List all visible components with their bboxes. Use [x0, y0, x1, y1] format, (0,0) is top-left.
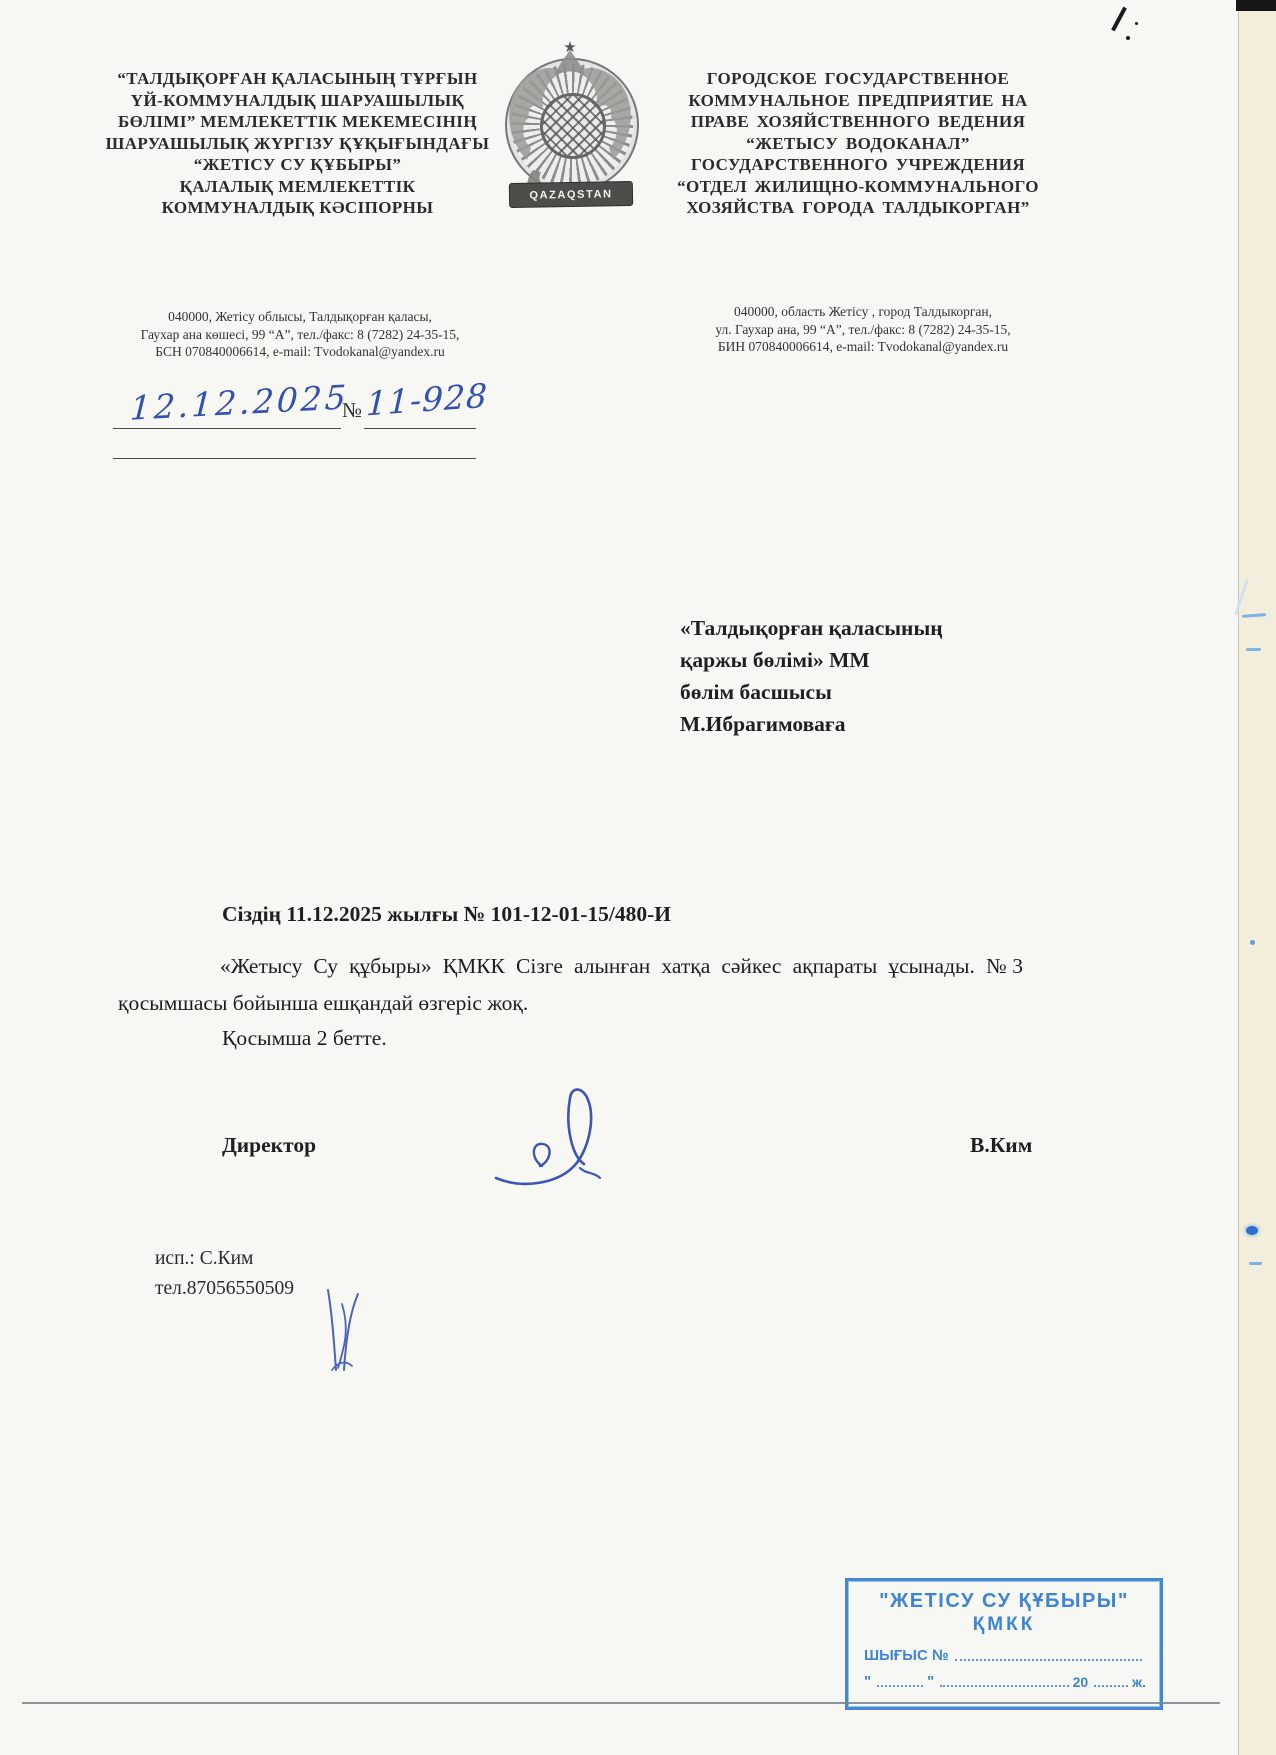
kazakhstan-coat-of-arms-icon: ★ QAZAQSTAN: [497, 42, 643, 234]
recipient-line: бөлім басшысы: [680, 676, 1100, 708]
org-name-russian: ГОРОДСКОЕ ГОСУДАРСТВЕННОЕ КОММУНАЛЬНОЕ П…: [648, 68, 1068, 219]
org-line: ГОРОДСКОЕ ГОСУДАРСТВЕННОЕ: [648, 68, 1068, 90]
number-sign: №: [342, 398, 362, 423]
executor-phone: тел.87056550509: [155, 1274, 294, 1304]
date-underline: [113, 408, 341, 429]
stamp-org-name: "ЖЕТІСУ СУ ҚҰБЫРЫ": [848, 1590, 1160, 1613]
recipient-line: қаржы бөлімі» ММ: [680, 644, 1100, 676]
org-line: ҮЙ-КОММУНАЛДЫҚ ШАРУАШЫЛЫҚ: [70, 90, 525, 112]
org-line: “ЖЕТЫСУ ВОДОКАНАЛ”: [648, 133, 1068, 155]
address-line: Гаухар ана көшесі, 99 “А”, тел./факс: 8 …: [80, 326, 520, 344]
scan-ink-streak: [1246, 648, 1261, 651]
scanned-letter-page: “ТАЛДЫҚОРҒАН ҚАЛАСЫНЫҢ ТҰРҒЫН ҮЙ-КОММУНА…: [0, 0, 1276, 1755]
org-line: КОММУНАЛДЫҚ КӘСІПОРНЫ: [70, 197, 525, 219]
address-line: 040000, область Жетісу , город Талдыкорг…: [648, 303, 1078, 321]
signer-name: В.Ким: [970, 1133, 1032, 1158]
number-underline: [364, 408, 476, 429]
stamp-year-suffix: ж.: [1132, 1674, 1146, 1690]
scan-black-bar: [1236, 0, 1276, 11]
emblem-shanyrak: [540, 93, 606, 159]
paraph-ink-mark: [308, 1282, 372, 1374]
signer-title: Директор: [222, 1133, 316, 1158]
stamp-month-blank: [940, 1685, 1068, 1687]
address-kazakh: 040000, Жетісу облысы, Талдықорған қалас…: [80, 308, 520, 361]
org-line: ШАРУАШЫЛЫҚ ЖҮРГІЗУ ҚҰҚЫҒЫНДАҒЫ: [70, 133, 525, 155]
address-line: ул. Гаухар ана, 99 “А”, тел./факс: 8 (72…: [648, 321, 1078, 339]
scan-ink-speck: [1250, 940, 1255, 945]
scan-fold-line: [22, 1702, 1220, 1704]
attachment-note: Қосымша 2 бетте.: [222, 1026, 387, 1051]
stamp-number-blank: [955, 1659, 1142, 1661]
scan-ink-streak: [1249, 1262, 1262, 1265]
org-line: ҚАЛАЛЫҚ МЕМЛЕКЕТТІК: [70, 176, 525, 198]
scan-speck: [1135, 22, 1138, 25]
address-line: БСН 070840006614, e-mail: Tvodokanal@yan…: [80, 343, 520, 361]
executor-name: исп.: С.Ким: [155, 1244, 294, 1274]
org-line: “ОТДЕЛ ЖИЛИЩНО-КОММУНАЛЬНОГО: [648, 176, 1068, 198]
blank-underline: [113, 438, 476, 459]
director-signature-ink: [480, 1080, 650, 1195]
org-line: “ЖЕТІСУ СУ ҚҰБЫРЫ”: [70, 154, 525, 176]
recipient-line: М.Ибрагимоваға: [680, 708, 1100, 740]
stamp-year-prefix: 20: [1073, 1674, 1089, 1690]
body-paragraph: «Жетысу Су құбыры» ҚМКК Сізге алынған ха…: [118, 948, 1023, 1022]
org-line: ХОЗЯЙСТВА ГОРОДА ТАЛДЫКОРГАН”: [648, 197, 1068, 219]
subject-line: Сіздің 11.12.2025 жылғы № 101-12-01-15/4…: [222, 902, 671, 927]
org-line: БӨЛІМІ” МЕМЛЕКЕТТІК МЕКЕМЕСІНІҢ: [70, 111, 525, 133]
org-name-kazakh: “ТАЛДЫҚОРҒАН ҚАЛАСЫНЫҢ ТҰРҒЫН ҮЙ-КОММУНА…: [70, 68, 525, 219]
org-line: “ТАЛДЫҚОРҒАН ҚАЛАСЫНЫҢ ТҰРҒЫН: [70, 68, 525, 90]
address-russian: 040000, область Жетісу , город Талдыкорг…: [648, 303, 1078, 356]
emblem-banner: QAZAQSTAN: [509, 181, 633, 208]
org-line: ПРАВЕ ХОЗЯЙСТВЕННОГО ВЕДЕНИЯ: [648, 111, 1068, 133]
recipient-block: «Талдықорған қаласының қаржы бөлімі» ММ …: [680, 612, 1100, 740]
scanner-edge-strip: [1238, 0, 1276, 1755]
scan-ink-blot: [1246, 1226, 1258, 1235]
stamp-date-row: " " 20 ж.: [864, 1673, 1146, 1690]
stamp-quote-close: ": [927, 1673, 934, 1690]
executor-block: исп.: С.Ким тел.87056550509: [155, 1244, 294, 1304]
stamp-org-type: ҚМКК: [848, 1614, 1160, 1636]
stamp-quote-open: ": [864, 1673, 871, 1690]
stamp-day-blank: [877, 1685, 923, 1687]
stamp-outgoing-row: ШЫҒЫС №: [864, 1647, 1146, 1664]
outgoing-stamp: "ЖЕТІСУ СУ ҚҰБЫРЫ" ҚМКК ШЫҒЫС № " " 20 ж…: [845, 1578, 1163, 1710]
address-line: 040000, Жетісу облысы, Талдықорған қалас…: [80, 308, 520, 326]
stamp-year-blank: [1094, 1685, 1128, 1687]
address-line: БИН 070840006614, e-mail: Tvodokanal@yan…: [648, 338, 1078, 356]
stamp-outgoing-label: ШЫҒЫС №: [864, 1647, 949, 1664]
recipient-line: «Талдықорған қаласының: [680, 612, 1100, 644]
org-line: КОММУНАЛЬНОЕ ПРЕДПРИЯТИЕ НА: [648, 90, 1068, 112]
scan-smudge: [1111, 7, 1127, 32]
org-line: ГОСУДАРСТВЕННОГО УЧРЕЖДЕНИЯ: [648, 154, 1068, 176]
scan-speck: [1126, 36, 1130, 40]
